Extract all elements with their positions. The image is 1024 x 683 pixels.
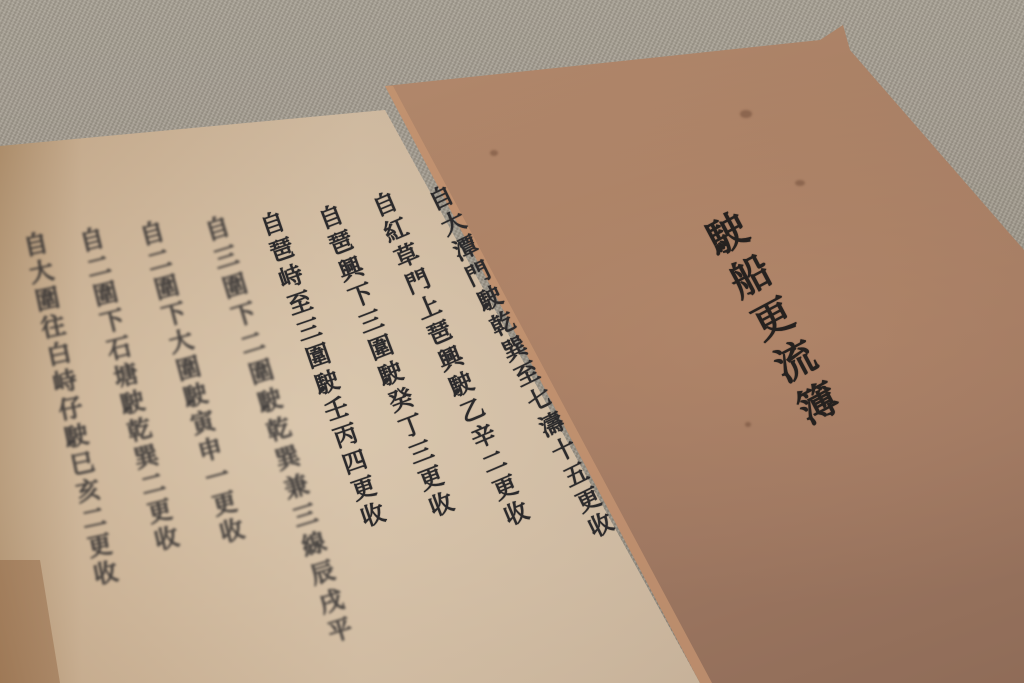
ink-stain xyxy=(490,150,498,156)
ink-stain xyxy=(740,110,752,118)
ink-stain xyxy=(795,180,805,186)
ink-stain xyxy=(745,422,751,427)
